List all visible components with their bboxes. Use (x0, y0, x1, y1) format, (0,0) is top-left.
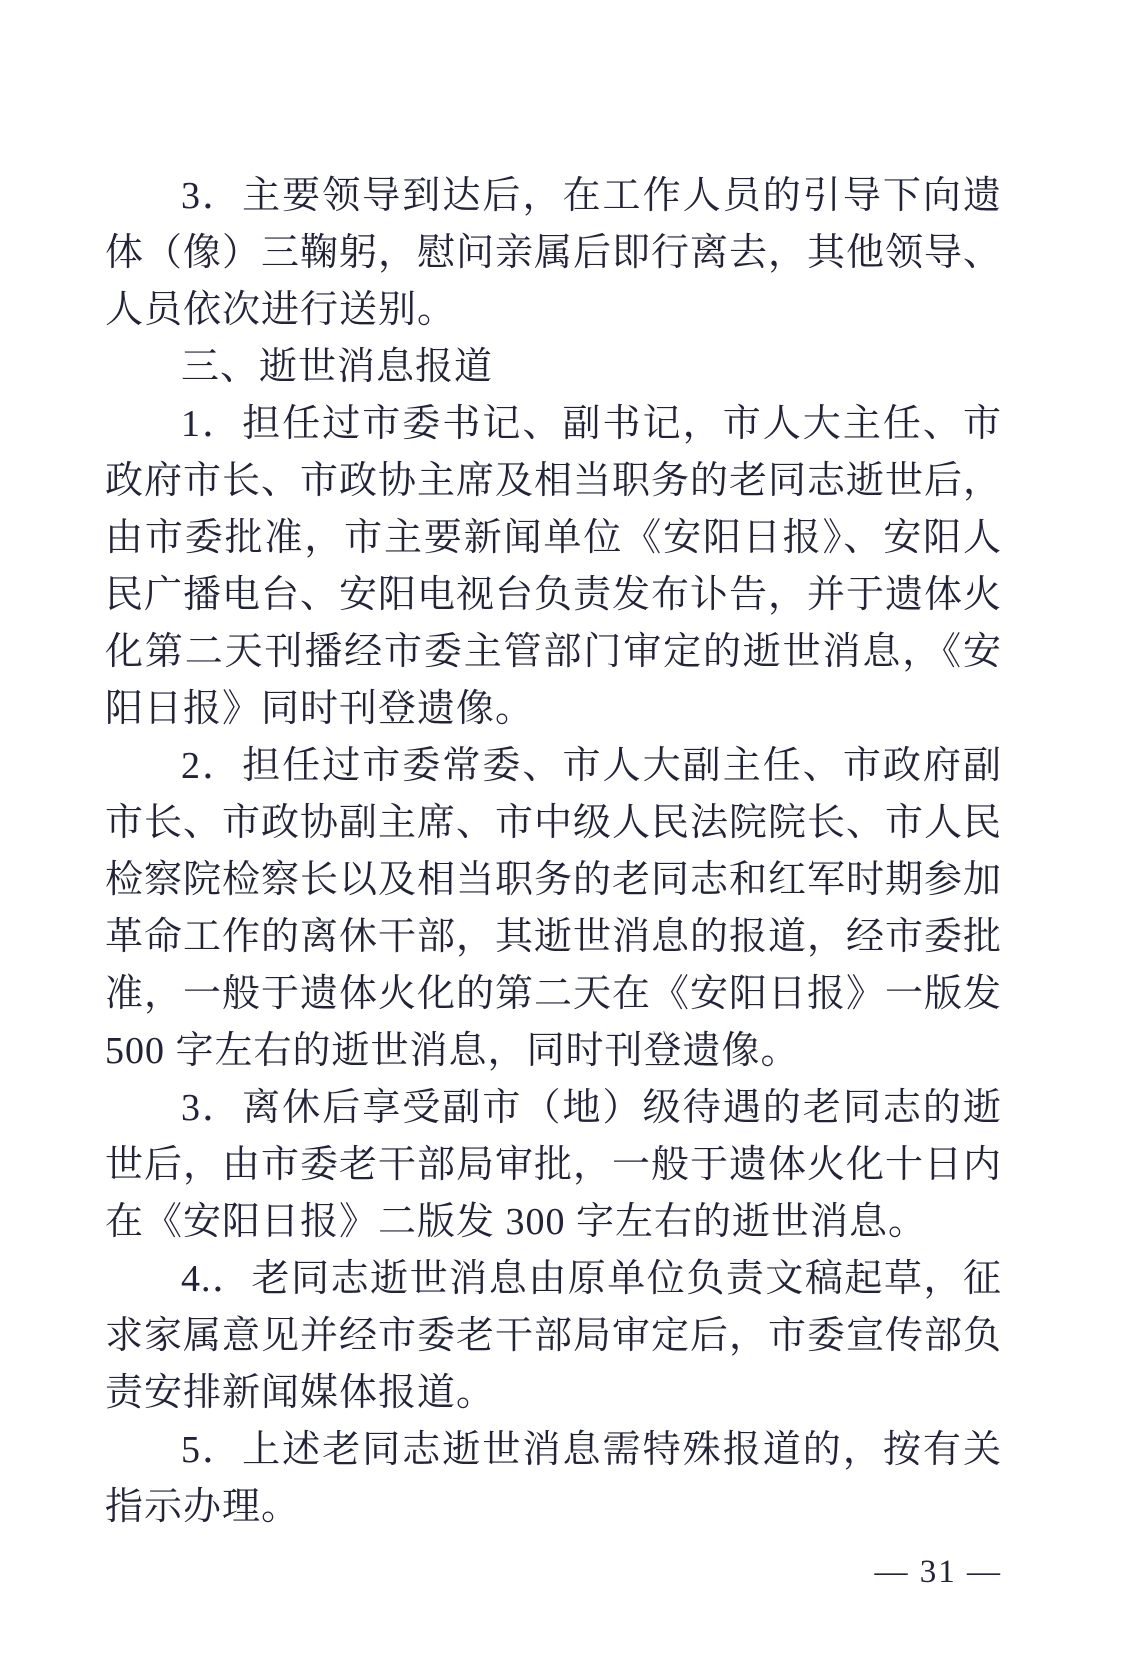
paragraph-4-draft-by-original-unit: 4.．老同志逝世消息由原单位负责文稿起草，征求家属意见并经市委老干部局审定后，市… (105, 1251, 1002, 1422)
paragraph-5-special-report: 5．上述老同志逝世消息需特殊报道的，按有关指示办理。 (105, 1422, 1002, 1536)
section-heading-death-news-report: 三、逝世消息报道 (105, 339, 1002, 396)
document-text-block: 3．主要领导到达后，在工作人员的引导下向遗体（像）三鞠躬，慰问亲属后即行离去，其… (105, 168, 1002, 1536)
paragraph-2-standing-committee: 2．担任过市委常委、市人大副主任、市政府副市长、市政协副主席、市中级人民法院院长… (105, 738, 1002, 1080)
document-page: 3．主要领导到达后，在工作人员的引导下向遗体（像）三鞠躬，慰问亲属后即行离去，其… (0, 0, 1142, 1654)
paragraph-3-leaders-farewell: 3．主要领导到达后，在工作人员的引导下向遗体（像）三鞠躬，慰问亲属后即行离去，其… (105, 168, 1002, 339)
paragraph-3-vice-mayor-level: 3．离休后享受副市（地）级待遇的老同志的逝世后，由市委老干部局审批，一般于遗体火… (105, 1080, 1002, 1251)
page-number: — 31 — (105, 1552, 1002, 1592)
paragraph-1-former-secretaries: 1．担任过市委书记、副书记，市人大主任、市政府市长、市政协主席及相当职务的老同志… (105, 396, 1002, 738)
